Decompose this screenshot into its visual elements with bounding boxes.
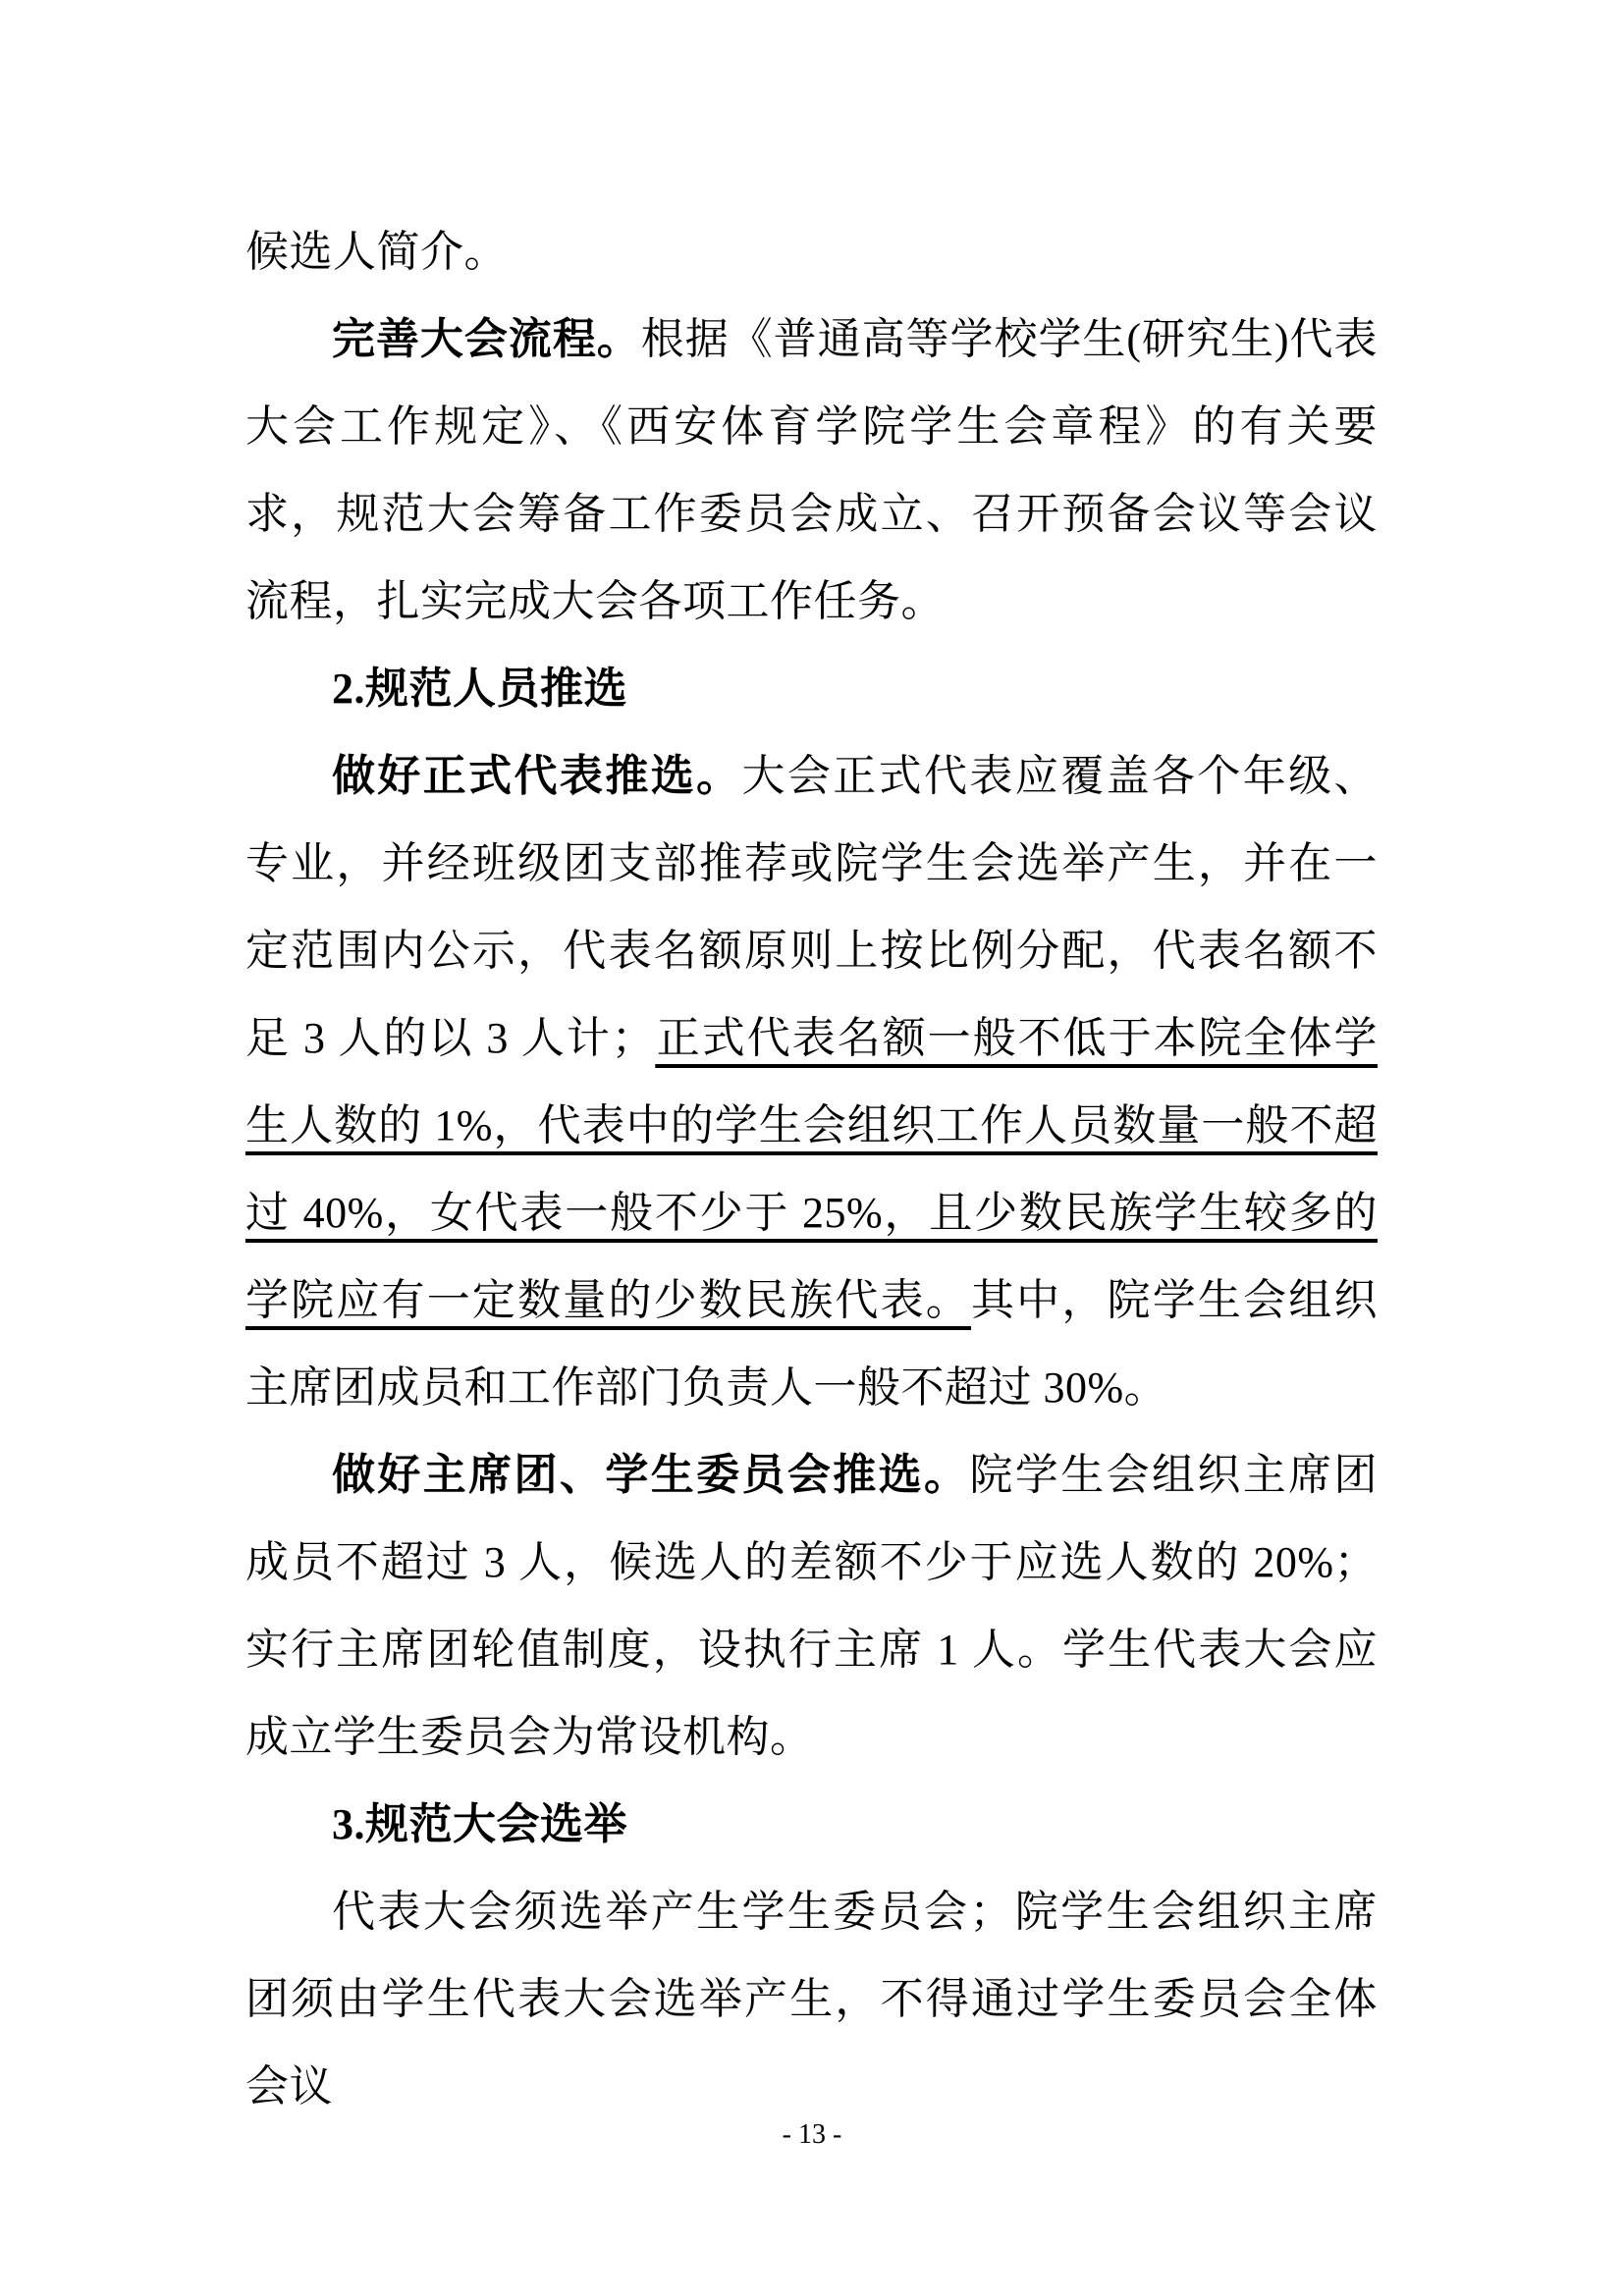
text-run-bold: 做好正式代表推选。 xyxy=(332,752,741,800)
text-run-bold: 做好主席团、学生委员会推选。 xyxy=(332,1451,969,1499)
document-body: 候选人简介。完善大会流程。根据《普通高等学校学生(研究生)代表大会工作规定》、《… xyxy=(245,208,1378,2130)
text-run-bold: 完善大会流程。 xyxy=(332,315,641,363)
text-run-normal: 代表大会须选举产生学生委员会；院学生会组织主席团须由学生代表大会选举产生，不得通… xyxy=(245,1888,1378,2110)
paragraph: 做好正式代表推选。大会正式代表应覆盖各个年级、专业，并经班级团支部推荐或院学生会… xyxy=(245,732,1378,1431)
paragraph: 候选人简介。 xyxy=(245,208,1378,295)
paragraph: 完善大会流程。根据《普通高等学校学生(研究生)代表大会工作规定》、《西安体育学院… xyxy=(245,295,1378,645)
text-run-normal: 候选人简介。 xyxy=(245,228,508,276)
document-page: 候选人简介。完善大会流程。根据《普通高等学校学生(研究生)代表大会工作规定》、《… xyxy=(0,0,1624,2296)
page-number: - 13 - xyxy=(0,2118,1624,2152)
paragraph: 做好主席团、学生委员会推选。院学生会组织主席团成员不超过 3 人，候选人的差额不… xyxy=(245,1431,1378,1781)
paragraph: 代表大会须选举产生学生委员会；院学生会组织主席团须由学生代表大会选举产生，不得通… xyxy=(245,1868,1378,2130)
text-run-bold: 2.规范人员推选 xyxy=(332,665,627,713)
text-run-bold: 3.规范大会选举 xyxy=(332,1800,627,1848)
section-heading: 3.规范大会选举 xyxy=(245,1781,1378,1868)
section-heading: 2.规范人员推选 xyxy=(245,645,1378,732)
